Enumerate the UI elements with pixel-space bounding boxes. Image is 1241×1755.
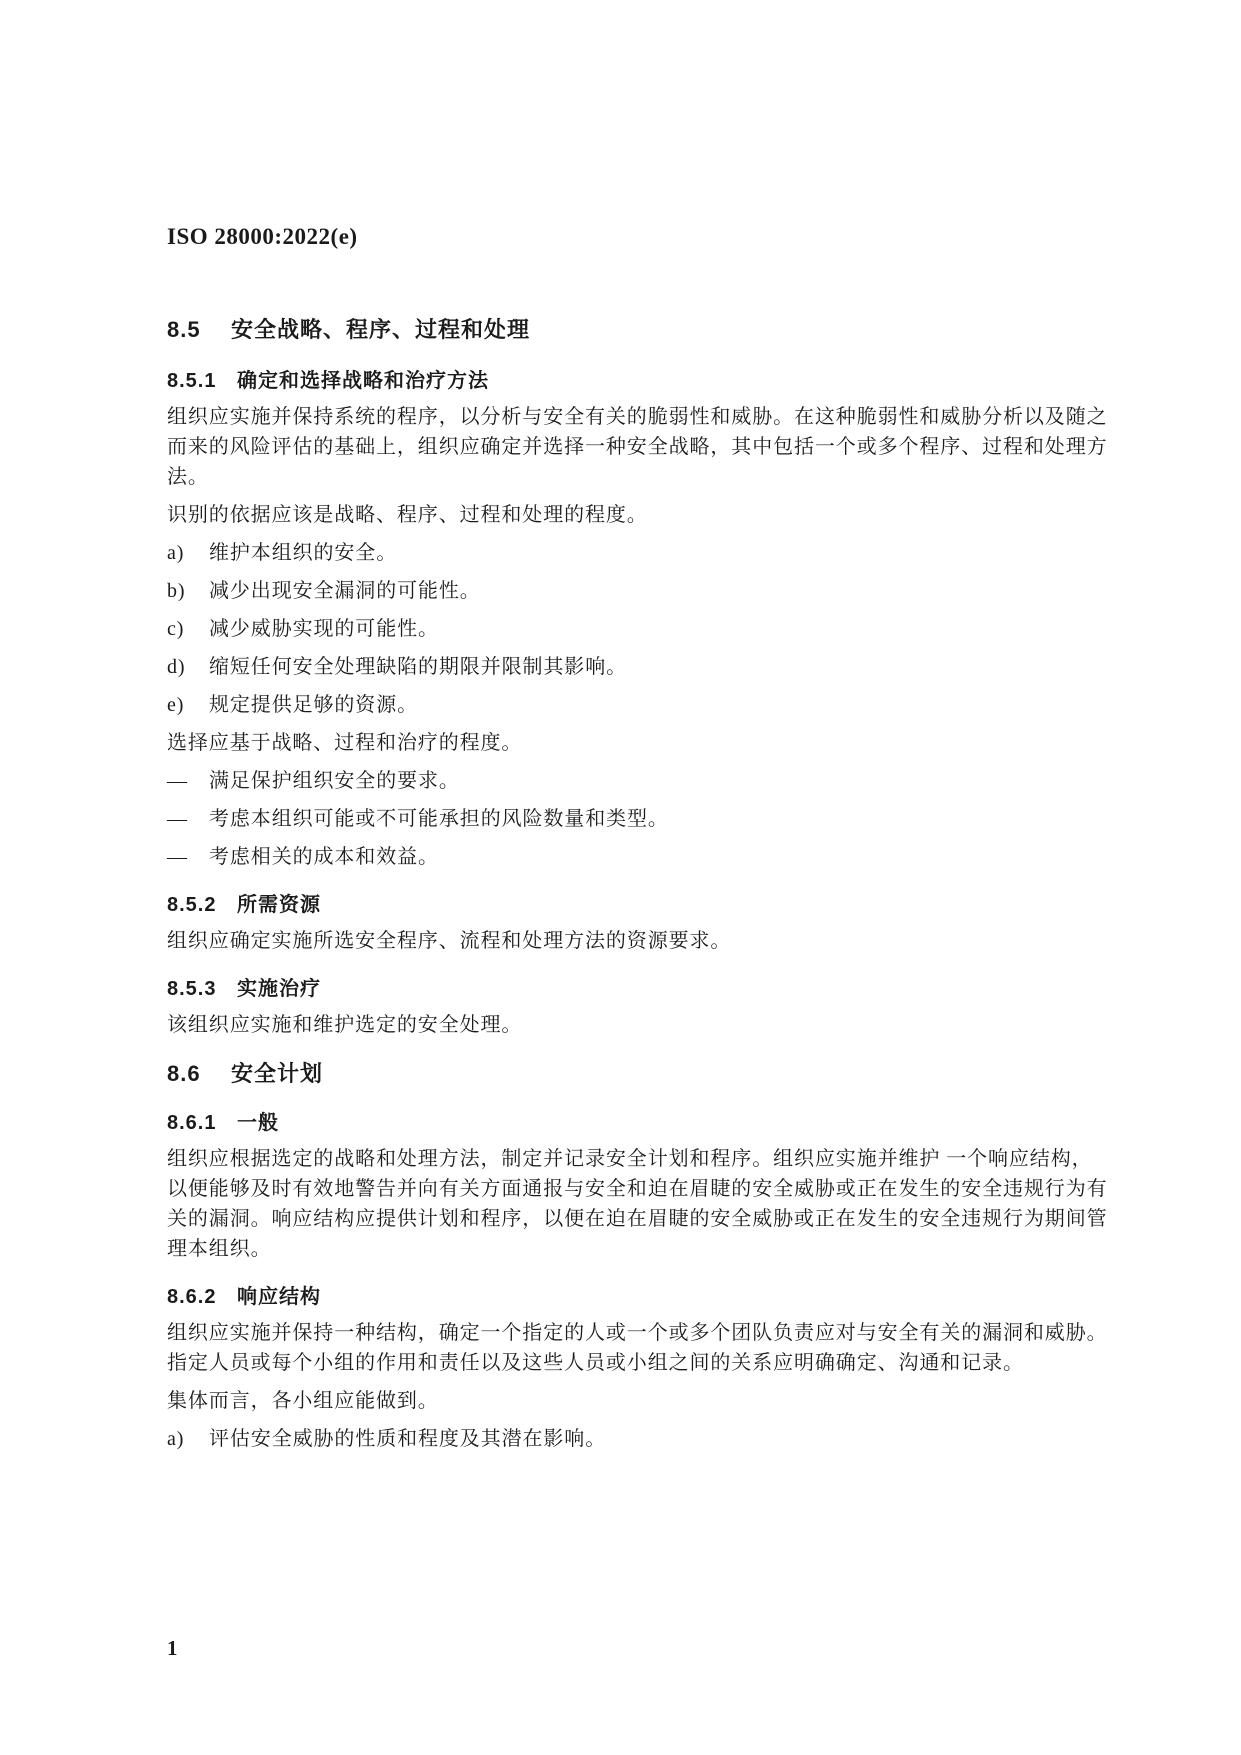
list-item-c: c) 减少威胁实现的可能性。 [167,614,1112,644]
dash-item: — 考虑本组织可能或不可能承担的风险数量和类型。 [167,804,1112,834]
section-number: 8.5.1 [167,366,237,396]
list-marker: a) [167,538,209,568]
list-item-text: 评估安全威胁的性质和程度及其潜在影响。 [209,1424,1112,1454]
dash-item: — 满足保护组织安全的要求。 [167,766,1112,796]
section-title: 安全计划 [231,1061,323,1086]
paragraph: 选择应基于战略、过程和治疗的程度。 [167,728,1112,758]
document-header: ISO 28000:2022(e) [167,222,1112,252]
section-heading-8.5.1: 8.5.1确定和选择战略和治疗方法 [167,366,1112,396]
page-content: ISO 28000:2022(e) 8.5安全战略、程序、过程和处理 8.5.1… [167,0,1112,1454]
dash-item-text: 满足保护组织安全的要求。 [209,766,1112,796]
list-marker: c) [167,614,209,644]
section-heading-8.5.2: 8.5.2所需资源 [167,890,1112,920]
list-marker: e) [167,690,209,720]
document-page: ISO 28000:2022(e) 8.5安全战略、程序、过程和处理 8.5.1… [0,0,1241,1755]
dash-marker: — [167,766,209,796]
section-heading-8.6.1: 8.6.1一般 [167,1108,1112,1138]
list-marker: d) [167,652,209,682]
list-item-text: 减少威胁实现的可能性。 [209,614,1112,644]
list-item-text: 缩短任何安全处理缺陷的期限并限制其影响。 [209,652,1112,682]
section-title: 确定和选择战略和治疗方法 [237,370,489,392]
section-number: 8.6.2 [167,1282,237,1312]
section-heading-8.5.3: 8.5.3实施治疗 [167,974,1112,1004]
page-number: 1 [167,1636,178,1661]
paragraph: 集体而言，各小组应能做到。 [167,1386,1112,1416]
dash-marker: — [167,804,209,834]
section-title: 响应结构 [237,1286,321,1308]
list-item-text: 维护本组织的安全。 [209,538,1112,568]
dash-item-text: 考虑本组织可能或不可能承担的风险数量和类型。 [209,804,1112,834]
section-title: 实施治疗 [237,978,321,1000]
dash-item: — 考虑相关的成本和效益。 [167,842,1112,872]
paragraph: 组织应实施并保持一种结构，确定一个指定的人或一个或多个团队负责应对与安全有关的漏… [167,1318,1112,1378]
section-number: 8.5.3 [167,974,237,1004]
section-title: 所需资源 [237,894,321,916]
paragraph: 该组织应实施和维护选定的安全处理。 [167,1010,1112,1040]
dash-marker: — [167,842,209,872]
section-heading-8.6: 8.6安全计划 [167,1058,1112,1090]
paragraph: 识别的依据应该是战略、程序、过程和处理的程度。 [167,500,1112,530]
list-item-text: 减少出现安全漏洞的可能性。 [209,576,1112,606]
list-item-text: 规定提供足够的资源。 [209,690,1112,720]
section-number: 8.5 [167,314,231,346]
section-heading-8.5: 8.5安全战略、程序、过程和处理 [167,314,1112,346]
paragraph: 组织应根据选定的战略和处理方法，制定并记录安全计划和程序。组织应实施并维护 一个… [167,1144,1112,1264]
section-heading-8.6.2: 8.6.2响应结构 [167,1282,1112,1312]
list-item-a: a) 评估安全威胁的性质和程度及其潜在影响。 [167,1424,1112,1454]
list-item-a: a) 维护本组织的安全。 [167,538,1112,568]
list-item-d: d) 缩短任何安全处理缺陷的期限并限制其影响。 [167,652,1112,682]
list-marker: b) [167,576,209,606]
section-title: 一般 [237,1112,279,1134]
list-item-e: e) 规定提供足够的资源。 [167,690,1112,720]
paragraph: 组织应确定实施所选安全程序、流程和处理方法的资源要求。 [167,926,1112,956]
dash-item-text: 考虑相关的成本和效益。 [209,842,1112,872]
paragraph: 组织应实施并保持系统的程序，以分析与安全有关的脆弱性和威胁。在这种脆弱性和威胁分… [167,402,1112,492]
list-marker: a) [167,1424,209,1454]
section-title: 安全战略、程序、过程和处理 [231,317,530,342]
section-number: 8.5.2 [167,890,237,920]
list-item-b: b) 减少出现安全漏洞的可能性。 [167,576,1112,606]
section-number: 8.6.1 [167,1108,237,1138]
section-number: 8.6 [167,1058,231,1090]
